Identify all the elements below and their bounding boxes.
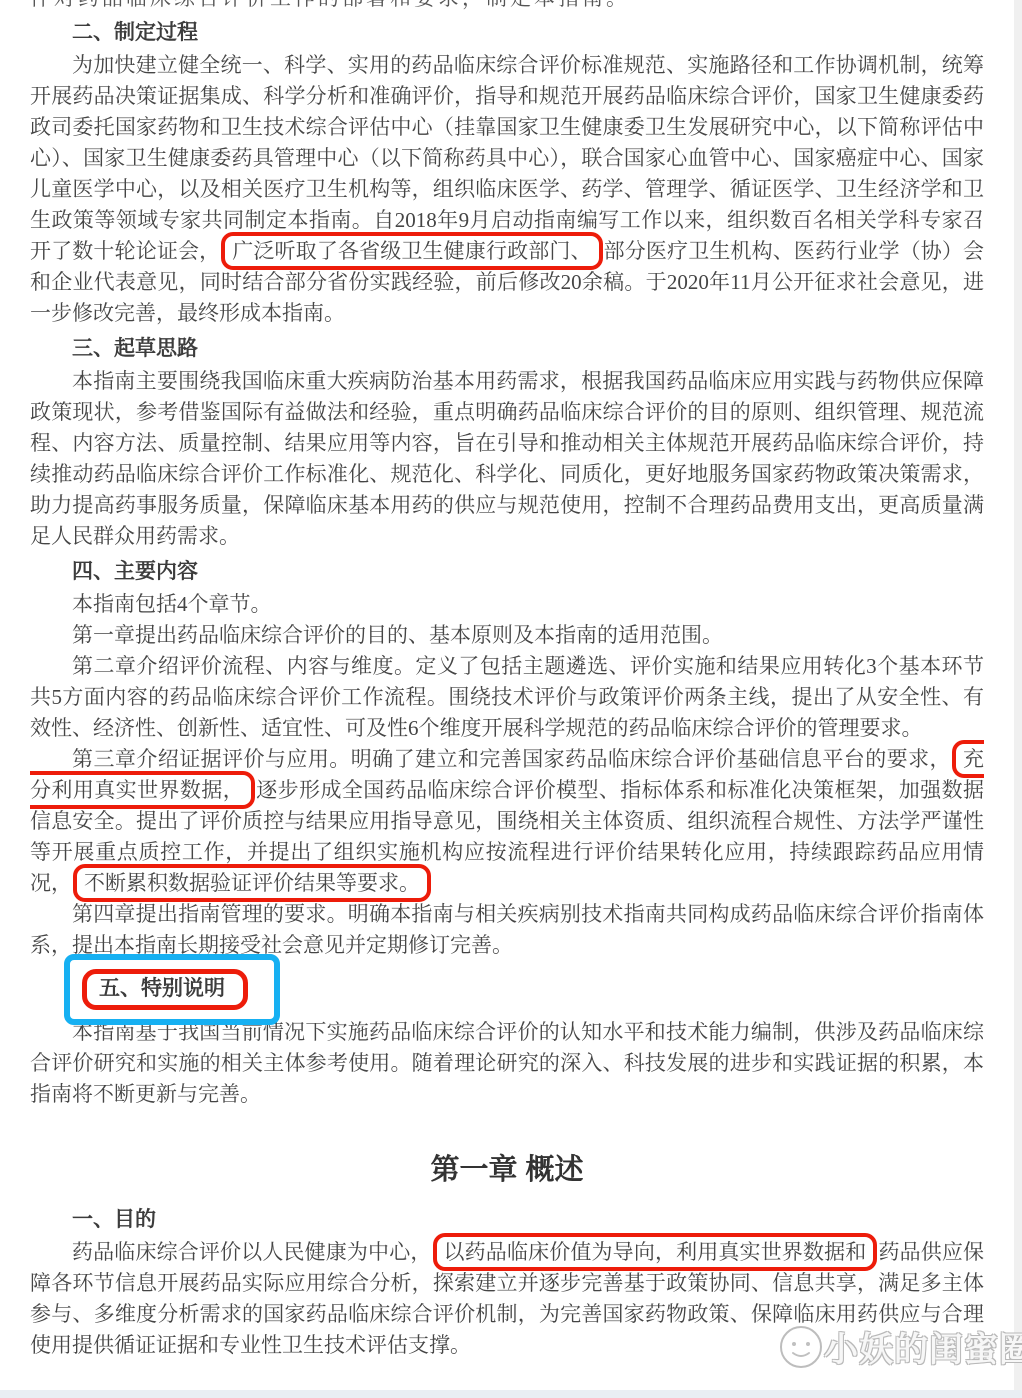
paragraph-special-notes: 本指南基于我国当前情况下实施药品临床综合评价的认知水平和技术能力编制，供涉及药品…	[30, 1017, 984, 1110]
red-annotation-box-accumulate-data: 不断累积数据验证评价结果等要求。	[73, 864, 431, 902]
blue-annotation-box: 五、特别说明	[64, 954, 280, 1025]
paragraph-chapter-count: 本指南包括4个章节。	[30, 589, 984, 620]
article-body: 件对药品临床综合评价工作的部署和要求，制定本指南。 二、制定过程 为加快建立健全…	[0, 0, 1014, 1361]
paragraph-text: 药品临床综合评价以人民健康为中心，	[72, 1240, 432, 1264]
paragraph-text: 第四章提出指南管理的要求。明确本指南与相关疾病别技术指南共同构成药品临床综合评价…	[30, 902, 984, 957]
heading-main-content: 四、主要内容	[30, 556, 984, 587]
paragraph-chapter-2-summary: 第二章介绍评价流程、内容与维度。定义了包括主题遴选、评价实施和结果应用转化3个基…	[30, 651, 984, 744]
heading-drafting-approach: 三、起草思路	[30, 333, 984, 364]
heading-special-notes: 五、特别说明	[99, 977, 225, 1000]
paragraph-text: 第三章介绍证据评价与应用。明确了建立和完善国家药品临床综合评价基础信息平台的要求…	[72, 747, 951, 771]
red-annotation-box-provincial-authorities: 广泛听取了各省级卫生健康行政部门、	[221, 232, 602, 270]
red-annotation-box-special-notes: 五、特别说明	[82, 969, 248, 1010]
page-edge-right	[1014, 0, 1022, 1398]
paragraph-text: 第二章介绍评价流程、内容与维度。定义了包括主题遴选、评价实施和结果应用转化3个基…	[30, 654, 984, 740]
paragraph-chapter-1-summary: 第一章提出药品临床综合评价的目的、基本原则及本指南的适用范围。	[30, 620, 984, 651]
page-edge-bottom	[0, 1390, 1022, 1398]
paragraph-text: 本指南基于我国当前情况下实施药品临床综合评价的认知水平和技术能力编制，供涉及药品…	[30, 1020, 984, 1106]
paragraph-chapter-4-summary: 第四章提出指南管理的要求。明确本指南与相关疾病别技术指南共同构成药品临床综合评价…	[30, 899, 984, 961]
paragraph-text: 本指南包括4个章节。	[72, 592, 272, 616]
paragraph-drafting-approach: 本指南主要围绕我国临床重大疾病防治基本用药需求，根据我国药品临床应用实践与药物供…	[30, 366, 984, 552]
chapter-title-overview: 第一章 概述	[30, 1150, 984, 1190]
heading-development-process: 二、制定过程	[30, 17, 984, 48]
red-annotation-box-clinical-value: 以药品临床价值为导向，利用真实世界数据和	[433, 1233, 878, 1271]
paragraph-text: 第一章提出药品临床综合评价的目的、基本原则及本指南的适用范围。	[72, 623, 723, 647]
paragraph-development-process: 为加快建立健全统一、科学、实用的药品临床综合评价标准规范、实施路径和工作协调机制…	[30, 50, 984, 329]
paragraph-purpose: 药品临床综合评价以人民健康为中心，以药品临床价值为导向，利用真实世界数据和药品供…	[30, 1237, 984, 1361]
paragraph-text: 本指南主要围绕我国临床重大疾病防治基本用药需求，根据我国药品临床应用实践与药物供…	[30, 369, 984, 548]
heading-purpose: 一、目的	[30, 1204, 984, 1235]
clipped-top-line: 件对药品临床综合评价工作的部署和要求，制定本指南。	[30, 0, 984, 13]
heading-special-notes-row: 五、特别说明	[30, 963, 984, 1017]
clipped-top-line-text: 件对药品临床综合评价工作的部署和要求，制定本指南。	[30, 0, 630, 10]
document-page: { "document": { "top_line_clipped": "件对药…	[0, 0, 1022, 1398]
paragraph-chapter-3-summary: 第三章介绍证据评价与应用。明确了建立和完善国家药品临床综合评价基础信息平台的要求…	[30, 744, 984, 899]
